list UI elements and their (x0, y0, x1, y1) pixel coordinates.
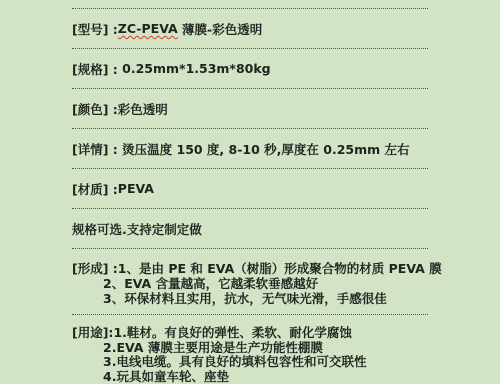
spec-value: 0.25mm*1.53m*80kg (122, 61, 271, 76)
model-code-spellchecked: ZC-PEVA (118, 21, 178, 36)
customization-text: 规格可选.支持定制定做 (72, 220, 202, 238)
formation-label: [形成] : (72, 261, 118, 276)
detail-label: [详情] : (72, 140, 122, 158)
usage-line-3: 3.电线电缆。具有良好的填料包容性和可交联性 (72, 355, 428, 370)
color-value: 彩色透明 (118, 100, 168, 118)
formation-line-3: 3、环保材料且实用，抗水，无气味光滑，手感很佳 (72, 291, 428, 306)
model-row: [型号] :ZC-PEVA 薄膜-彩色透明 (72, 9, 428, 48)
color-label: [颜色] : (72, 100, 118, 118)
spec-row: [规格] : 0.25mm*1.53m*80kg (72, 49, 428, 88)
usage-line-4: 4.玩具如童车轮、座垫 (72, 370, 428, 376)
usage-section: [用途]:1.鞋材。有良好的弹性、柔软、耐化学腐蚀 2.EVA 薄膜主要用途是生… (72, 315, 428, 375)
formation-line-1: [形成] :1、是由 PE 和 EVA（树脂）形成聚合物的材质 PEVA 膜 (72, 261, 428, 276)
usage-line-1: [用途]:1.鞋材。有良好的弹性、柔软、耐化学腐蚀 (72, 326, 428, 341)
formation-section: [形成] :1、是由 PE 和 EVA（树脂）形成聚合物的材质 PEVA 膜 2… (72, 249, 428, 314)
usage-line-2: 2.EVA 薄膜主要用途是生产功能性棚膜 (72, 341, 428, 356)
usage-label: [用途]: (72, 325, 113, 340)
formation-line-2: 2、EVA 含量越高，它越柔软垂感越好 (72, 276, 428, 291)
material-label: [材质] : (72, 180, 118, 198)
customization-row: 规格可选.支持定制定做 (72, 209, 428, 248)
model-value: 薄膜-彩色透明 (178, 20, 263, 38)
model-label: [型号] : (72, 20, 118, 38)
spec-label: [规格] : (72, 60, 122, 78)
formation-line-1-text: 1、是由 PE 和 EVA（树脂）形成聚合物的材质 PEVA 膜 (118, 261, 442, 276)
material-value: PEVA (118, 181, 154, 196)
detail-value: 烫压温度 150 度, 8-10 秒,厚度在 0.25mm 左右 (122, 140, 409, 158)
product-description-document: [型号] :ZC-PEVA 薄膜-彩色透明 [规格] : 0.25mm*1.53… (72, 0, 428, 375)
usage-line-1-text: 1.鞋材。有良好的弹性、柔软、耐化学腐蚀 (113, 325, 351, 340)
color-row: [颜色] :彩色透明 (72, 89, 428, 128)
detail-row: [详情] : 烫压温度 150 度, 8-10 秒,厚度在 0.25mm 左右 (72, 129, 428, 168)
material-row: [材质] :PEVA (72, 169, 428, 208)
